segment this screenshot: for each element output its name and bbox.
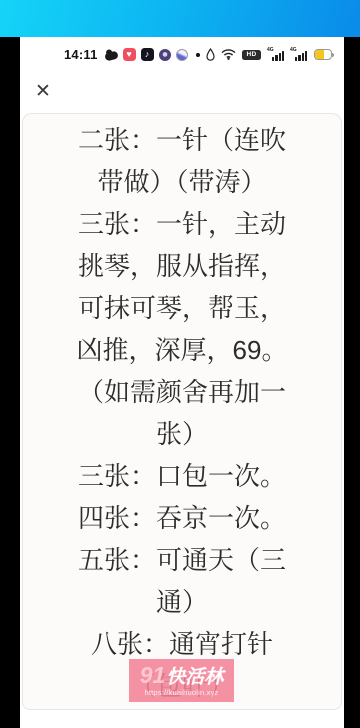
system-status-icons: HD 4G 4G — [206, 48, 335, 61]
purple-circle-app-icon — [159, 49, 171, 61]
text-line: 通） — [23, 581, 341, 623]
text-line: 张） — [23, 413, 341, 455]
watermark-prefix: 91 — [140, 664, 166, 687]
close-icon[interactable]: ✕ — [31, 79, 55, 103]
document-text: 二张：一针（连吹带做）（带涛）三张：一针，主动挑琴，服从指挥，可抹可琴，帮玉，凶… — [23, 114, 341, 707]
text-line: 三张：口包一次。 — [23, 455, 341, 497]
notification-icons: ♥ ♪ — [105, 48, 200, 61]
music-app-icon: ♪ — [141, 48, 154, 61]
signal-sim2-icon: 4G — [290, 48, 307, 61]
watermark-brand: 快活林 — [166, 668, 223, 687]
text-line: 二张：一针（连吹 — [23, 119, 341, 161]
text-line: 可抹可琴，帮玉， — [23, 287, 341, 329]
avatar-app-icon — [176, 49, 188, 61]
top-gradient-bar — [0, 0, 360, 37]
hd-call-icon: HD — [242, 50, 261, 60]
heart-glyph: ♥ — [126, 50, 131, 59]
clock: 14:11 — [64, 47, 98, 62]
text-line: 带做）（带涛） — [23, 161, 341, 203]
signal-sim1-icon: 4G — [267, 48, 284, 61]
wifi-icon — [221, 49, 236, 60]
phone-screen: 14:11 ♥ ♪ — [20, 37, 344, 728]
music-note-glyph: ♪ — [145, 50, 150, 59]
text-line: 四张：吞京一次。 — [23, 497, 341, 539]
battery-icon — [314, 49, 335, 60]
text-line: 挑琴，服从指挥， — [23, 245, 341, 287]
status-bar: 14:11 ♥ ♪ — [20, 46, 344, 63]
text-line: 凶推，深厚，69。 — [23, 329, 341, 371]
watermark-url: https://kuaihuolin.xyz — [144, 689, 218, 697]
notification-dot-icon — [196, 53, 200, 57]
phone-screenshot: 14:11 ♥ ♪ — [0, 0, 360, 728]
eye-drop-icon — [206, 48, 215, 61]
photo-document[interactable]: 二张：一针（连吹带做）（带涛）三张：一针，主动挑琴，服从指挥，可抹可琴，帮玉，凶… — [22, 113, 342, 710]
watermark: 91 快活林 https://kuaihuolin.xyz — [129, 659, 234, 702]
text-line: （如需颜舍再加一 — [23, 371, 341, 413]
text-line: 五张：可通天（三 — [23, 539, 341, 581]
text-line: 三张：一针，主动 — [23, 203, 341, 245]
heart-app-icon: ♥ — [123, 48, 136, 61]
chat-cloud-icon — [104, 50, 119, 61]
